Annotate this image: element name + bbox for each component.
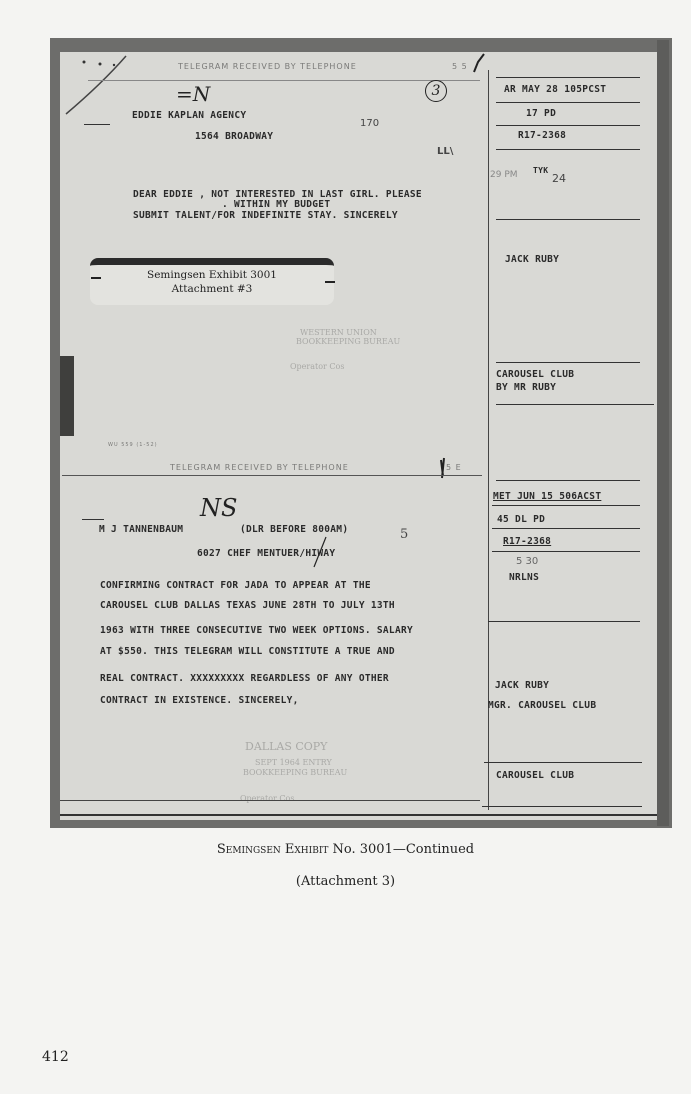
sidebar-rule [496, 102, 640, 103]
telegram1-header-marks: 5 5 [452, 62, 468, 71]
sidebar-divider [488, 70, 489, 810]
exhibit-label-line2: Attachment #3 [90, 282, 334, 296]
reference-number: R17-2368 [503, 536, 551, 547]
stamp1-line3: Operator Cos [290, 362, 344, 371]
handwritten-initials: =N [176, 82, 210, 106]
mark-170: 170 [360, 118, 379, 129]
signature-line1: JACK RUBY [495, 680, 549, 691]
mark-ll: LL\ [437, 146, 453, 157]
operator-code: NRLNS [509, 572, 539, 583]
telegram2-header: TELEGRAM RECEIVED BY TELEPHONE [170, 463, 349, 472]
stamp2-line1: DALLAS COPY [245, 740, 327, 753]
sidebar-rule [484, 762, 642, 763]
sheet-bottom-rule [60, 814, 657, 816]
sender-line1: CAROUSEL CLUB [496, 369, 574, 380]
sidebar-rule [496, 480, 640, 481]
sidebar-rule [496, 125, 640, 126]
sidebar-rule [492, 528, 640, 529]
exhibit-label-line1: Semingsen Exhibit 3001 [90, 268, 334, 282]
date-time-stamp: AR MAY 28 105PCST [504, 84, 606, 95]
check-value: 45 DL PD [497, 514, 545, 525]
check-value: 17 PD [526, 108, 556, 119]
figure-subcaption: (Attachment 3) [0, 874, 691, 889]
caption-title-rest: No. 3001—Continued [328, 842, 474, 857]
page-number: 412 [42, 1049, 69, 1065]
message1-insert: . WITHIN MY BUDGET [222, 199, 330, 210]
caption-title-smallcaps: Semingsen Exhibit [217, 842, 329, 857]
sender-name: CAROUSEL CLUB [496, 770, 574, 781]
margin-tick [84, 124, 110, 125]
operator-code: TYK [533, 166, 548, 175]
footer-rule [60, 800, 480, 801]
stamp2-line2: SEPT 1964 ENTRY [255, 758, 332, 767]
addressee-name: M J TANNENBAUM [99, 524, 183, 535]
sidebar-rule [492, 551, 640, 552]
label-dash [91, 277, 101, 279]
circled-number: 3 [425, 80, 447, 102]
stamp2-line3: BOOKKEEPING BUREAU [243, 768, 347, 777]
telegram1-header: TELEGRAM RECEIVED BY TELEPHONE [178, 62, 357, 71]
stamp2-line4: Operator Cos [240, 794, 294, 803]
message2-line: CONFIRMING CONTRACT FOR JADA TO APPEAR A… [100, 580, 371, 591]
label-dash [325, 281, 335, 283]
sidebar-rule [496, 362, 640, 363]
form-number: WU 559 (1-52) [108, 442, 158, 448]
check-mark-icon [470, 52, 490, 76]
sidebar-rule [482, 806, 642, 807]
sender-line2: BY MR RUBY [496, 382, 556, 393]
signature-name: JACK RUBY [505, 254, 559, 265]
pencil-stroke-mark [62, 52, 132, 122]
stamp1-line1: WESTERN UNION [300, 328, 377, 337]
sidebar-rule [488, 621, 640, 622]
message2-line: 1963 WITH THREE CONSECUTIVE TWO WEEK OPT… [100, 625, 413, 636]
check-mark-icon [438, 456, 450, 480]
header-rule [88, 80, 480, 81]
margin-tick [82, 519, 104, 520]
mark-5: 5 [400, 527, 408, 542]
date-time-stamp: MET JUN 15 506ACST [493, 491, 601, 502]
figure-caption: Semingsen Exhibit No. 3001—Continued [0, 842, 691, 857]
header-rule [62, 475, 482, 476]
addressee-name: EDDIE KAPLAN AGENCY [132, 110, 246, 121]
sidebar-rule [492, 505, 640, 506]
message2-line: CAROUSEL CLUB DALLAS TEXAS JUNE 28TH TO … [100, 600, 395, 611]
photo-edge [657, 40, 669, 826]
reference-number: R17-2368 [518, 130, 566, 141]
sidebar-rule [496, 77, 640, 78]
delivery-note: (DLR BEFORE 800AM) [240, 524, 348, 535]
exhibit-label: Semingsen Exhibit 3001 Attachment #3 [90, 258, 334, 305]
binder-tab [60, 356, 74, 436]
stamp1-line2: BOOKKEEPING BUREAU [296, 337, 400, 346]
message2-line: AT $550. THIS TELEGRAM WILL CONSTITUTE A… [100, 646, 395, 657]
message2-line: CONTRACT IN EXISTENCE. SINCERELY, [100, 695, 299, 706]
signature-line2: MGR. CAROUSEL CLUB [488, 700, 596, 711]
message2-line: REAL CONTRACT. XXXXXXXXX REGARDLESS OF A… [100, 673, 389, 684]
message1-line2: SUBMIT TALENT/FOR INDEFINITE STAY. SINCE… [133, 210, 398, 221]
operator-number: 24 [552, 172, 566, 185]
time-handwritten: 5 30 [516, 556, 538, 567]
time-prefix: 29 PM [490, 170, 518, 180]
sidebar-rule [496, 219, 640, 220]
addressee-address: 1564 BROADWAY [195, 131, 273, 142]
handwritten-initials: NS [200, 494, 237, 522]
pencil-slash-mark [310, 535, 330, 570]
sidebar-rule [496, 149, 640, 150]
sidebar-rule [496, 404, 654, 405]
